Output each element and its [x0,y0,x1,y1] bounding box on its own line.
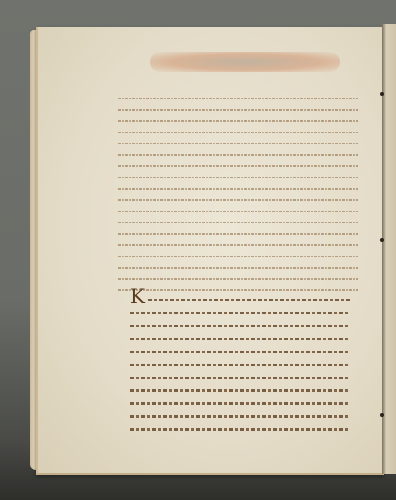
binding-stitch [380,92,384,96]
lower-text-block [130,288,350,441]
binding-stitch [380,238,384,242]
water-stain [150,52,340,72]
facing-page-edge [382,24,396,474]
upper-text-block [118,88,358,301]
binding-stitch [380,413,384,417]
